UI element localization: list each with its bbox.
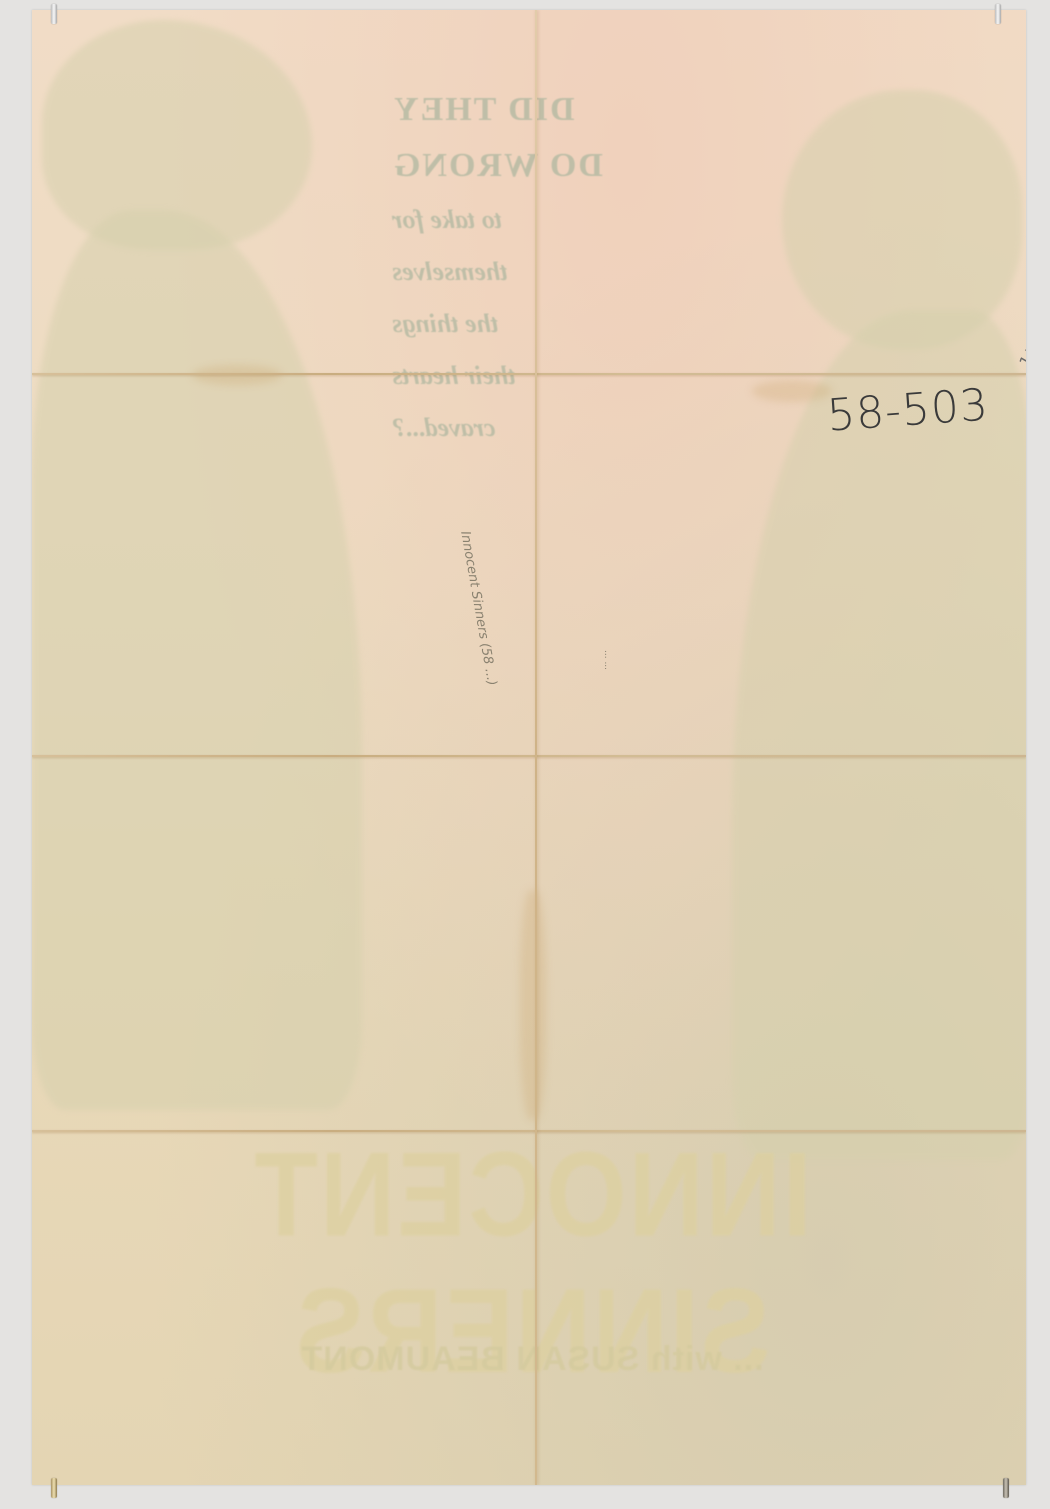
binder-clip-top-left	[51, 4, 57, 24]
tagline-line: DO WRONG	[392, 138, 672, 194]
fold-line-horizontal	[32, 373, 1026, 375]
binder-clip-bottom-right	[1003, 1478, 1009, 1498]
silhouette-left-figure-body	[32, 210, 362, 1110]
tagline-show-through: DID THEY DO WRONG to take for themselves…	[392, 82, 672, 454]
tagline-line: craved...?	[392, 402, 672, 454]
fold-line-horizontal	[32, 755, 1026, 757]
tagline-line: to take for	[392, 194, 672, 246]
poster-back: DID THEY DO WRONG to take for themselves…	[32, 10, 1026, 1485]
pencil-corner-mark: 1/8	[1015, 339, 1026, 371]
age-stain	[752, 380, 832, 402]
fold-line-vertical	[535, 10, 537, 1485]
pencil-note-vertical: ... ...	[602, 650, 612, 770]
fold-line-horizontal	[32, 1130, 1026, 1132]
tagline-line: themselves	[392, 246, 672, 298]
binder-clip-bottom-left	[51, 1478, 57, 1498]
age-stain	[520, 890, 546, 1120]
tagline-line: DID THEY	[392, 82, 672, 138]
cast-line-show-through: ... with SUSAN BEAUMONT	[52, 1340, 1012, 1379]
binder-clip-top-right	[995, 4, 1001, 24]
tagline-line: their hearts	[392, 350, 672, 402]
age-stain	[192, 365, 282, 385]
tagline-line: the things	[392, 298, 672, 350]
pencil-note-vertical: Innocent Sinners (58 ...)	[457, 530, 500, 690]
